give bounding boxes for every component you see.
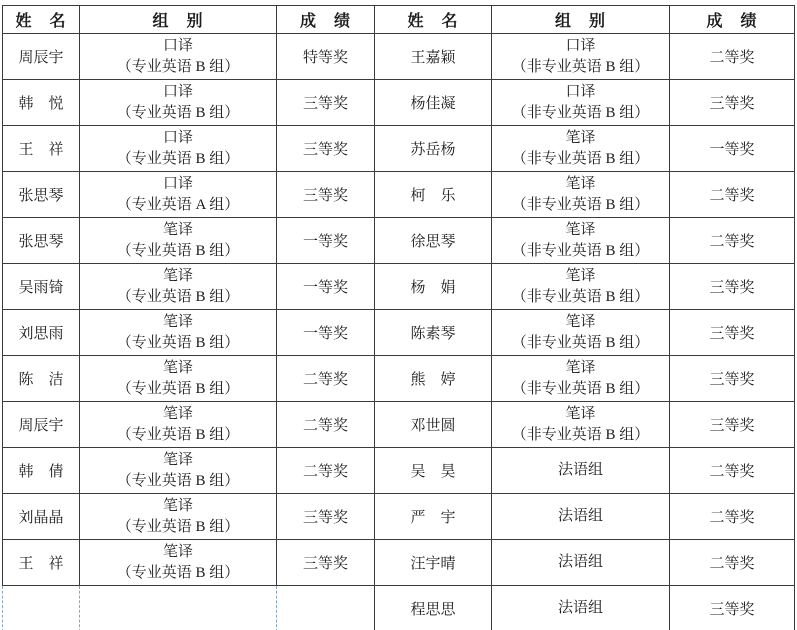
name-cell: 柯 乐 [375,172,492,218]
table-row: 周辰宇 口译（专业英语 B 组） 特等奖 王嘉颖 口译（非专业英语 B 组） 二… [3,34,795,80]
group-cell: 口译（专业英语 B 组） [80,34,277,80]
name-cell: 王 祥 [3,540,80,586]
empty-cell [80,586,277,630]
table-row: 吴雨锜 笔译（专业英语 B 组） 一等奖 杨 娟 笔译（非专业英语 B 组） 三… [3,264,795,310]
group-cell: 口译（专业英语 A 组） [80,172,277,218]
name-cell: 韩 倩 [3,448,80,494]
group-cell: 笔译（专业英语 B 组） [80,448,277,494]
group-line2: （非专业英语 B 组） [492,425,669,446]
award-cell: 二等奖 [670,540,795,586]
group-cell: 法语组 [492,448,670,494]
group-line1: 口译 [80,82,276,103]
group-line2: （专业英语 B 组） [80,471,276,492]
group-line1: 口译 [80,174,276,195]
table-row: 韩 悦 口译（专业英语 B 组） 三等奖 杨佳凝 口译（非专业英语 B 组） 三… [3,80,795,126]
award-cell: 二等奖 [670,448,795,494]
group-line1: 笔译 [492,312,669,333]
col-header-name-left: 姓 名 [3,6,80,34]
name-cell: 杨 娟 [375,264,492,310]
award-cell: 三等奖 [670,356,795,402]
table-row: 张思琴 口译（专业英语 A 组） 三等奖 柯 乐 笔译（非专业英语 B 组） 二… [3,172,795,218]
group-cell: 口译（非专业英语 B 组） [492,34,670,80]
group-line1: 口译 [80,128,276,149]
name-cell: 周辰宇 [3,34,80,80]
group-line2: （非专业英语 B 组） [492,241,669,262]
award-cell: 三等奖 [670,402,795,448]
group-line1: 法语组 [492,460,669,481]
group-cell: 法语组 [492,586,670,630]
group-cell: 笔译（专业英语 B 组） [80,310,277,356]
group-cell: 笔译（专业英语 B 组） [80,494,277,540]
col-header-group-right: 组 别 [492,6,670,34]
award-cell: 特等奖 [277,34,375,80]
group-line2: （专业英语 B 组） [80,379,276,400]
table-row: 刘晶晶 笔译（专业英语 B 组） 三等奖 严 宇 法语组 二等奖 [3,494,795,540]
name-cell: 程思思 [375,586,492,630]
table-row: 刘思雨 笔译（专业英语 B 组） 一等奖 陈素琴 笔译（非专业英语 B 组） 三… [3,310,795,356]
group-line1: 笔译 [80,542,276,563]
group-line2: （非专业英语 B 组） [492,103,669,124]
group-line2: （非专业英语 B 组） [492,287,669,308]
group-cell: 法语组 [492,540,670,586]
group-line1: 笔译 [80,266,276,287]
award-cell: 二等奖 [670,218,795,264]
empty-cell [277,586,375,630]
group-line2: （专业英语 B 组） [80,517,276,538]
group-line2: （非专业英语 B 组） [492,149,669,170]
group-line2: （非专业英语 B 组） [492,333,669,354]
group-cell: 口译（专业英语 B 组） [80,80,277,126]
group-line2: （专业英语 B 组） [80,333,276,354]
col-header-score-left: 成 绩 [277,6,375,34]
name-cell: 徐思琴 [375,218,492,264]
col-header-group-left: 组 别 [80,6,277,34]
name-cell: 刘晶晶 [3,494,80,540]
group-cell: 笔译（专业英语 B 组） [80,402,277,448]
group-line1: 笔译 [492,266,669,287]
name-cell: 刘思雨 [3,310,80,356]
group-cell: 笔译（非专业英语 B 组） [492,218,670,264]
group-cell: 笔译（非专业英语 B 组） [492,402,670,448]
group-cell: 笔译（非专业英语 B 组） [492,172,670,218]
group-line1: 口译 [80,36,276,57]
table-row: 王 祥 笔译（专业英语 B 组） 三等奖 汪宇晴 法语组 二等奖 [3,540,795,586]
award-cell: 三等奖 [277,540,375,586]
award-cell: 二等奖 [277,402,375,448]
group-line1: 笔译 [80,450,276,471]
award-cell: 三等奖 [277,126,375,172]
table-row: 陈 洁 笔译（专业英语 B 组） 二等奖 熊 婷 笔译（非专业英语 B 组） 三… [3,356,795,402]
table-row: 程思思 法语组 三等奖 [3,586,795,630]
group-cell: 笔译（非专业英语 B 组） [492,310,670,356]
award-cell: 二等奖 [670,494,795,540]
award-cell: 三等奖 [670,264,795,310]
group-line2: （专业英语 A 组） [80,195,276,216]
header-row: 姓 名 组 别 成 绩 姓 名 组 别 成 绩 [3,6,795,34]
name-cell: 吴 昊 [375,448,492,494]
table-row: 张思琴 笔译（专业英语 B 组） 一等奖 徐思琴 笔译（非专业英语 B 组） 二… [3,218,795,264]
group-line1: 笔译 [492,128,669,149]
group-line1: 笔译 [80,358,276,379]
name-cell: 邓世圆 [375,402,492,448]
name-cell: 周辰宇 [3,402,80,448]
group-line2: （专业英语 B 组） [80,287,276,308]
name-cell: 张思琴 [3,172,80,218]
award-cell: 三等奖 [670,80,795,126]
group-line1: 笔译 [80,312,276,333]
name-cell: 王嘉颖 [375,34,492,80]
name-cell: 杨佳凝 [375,80,492,126]
award-cell: 二等奖 [277,356,375,402]
name-cell: 张思琴 [3,218,80,264]
empty-cell [3,586,80,630]
name-cell: 陈素琴 [375,310,492,356]
award-cell: 三等奖 [670,586,795,630]
award-cell: 二等奖 [670,34,795,80]
col-header-score-right: 成 绩 [670,6,795,34]
group-cell: 笔译（非专业英语 B 组） [492,126,670,172]
name-cell: 韩 悦 [3,80,80,126]
group-line2: （非专业英语 B 组） [492,195,669,216]
group-cell: 口译（非专业英语 B 组） [492,80,670,126]
award-cell: 一等奖 [277,310,375,356]
table-row: 周辰宇 笔译（专业英语 B 组） 二等奖 邓世圆 笔译（非专业英语 B 组） 三… [3,402,795,448]
group-line1: 笔译 [492,358,669,379]
group-cell: 笔译（非专业英语 B 组） [492,356,670,402]
name-cell: 汪宇晴 [375,540,492,586]
name-cell: 严 宇 [375,494,492,540]
award-cell: 三等奖 [277,80,375,126]
name-cell: 熊 婷 [375,356,492,402]
group-line1: 笔译 [492,404,669,425]
group-cell: 笔译（专业英语 B 组） [80,218,277,264]
name-cell: 王 祥 [3,126,80,172]
group-line2: （专业英语 B 组） [80,149,276,170]
group-cell: 笔译（专业英语 B 组） [80,540,277,586]
group-line2: （非专业英语 B 组） [492,379,669,400]
award-cell: 一等奖 [670,126,795,172]
award-cell: 一等奖 [277,264,375,310]
name-cell: 陈 洁 [3,356,80,402]
name-cell: 吴雨锜 [3,264,80,310]
group-line2: （专业英语 B 组） [80,425,276,446]
group-line1: 法语组 [492,506,669,527]
group-cell: 笔译（专业英语 B 组） [80,264,277,310]
group-line1: 口译 [492,36,669,57]
group-cell: 法语组 [492,494,670,540]
name-cell: 苏岳杨 [375,126,492,172]
award-cell: 一等奖 [277,218,375,264]
group-line2: （非专业英语 B 组） [492,57,669,78]
group-line1: 笔译 [492,174,669,195]
table-row: 韩 倩 笔译（专业英语 B 组） 二等奖 吴 昊 法语组 二等奖 [3,448,795,494]
group-line1: 笔译 [80,220,276,241]
award-cell: 三等奖 [277,172,375,218]
group-line1: 笔译 [80,404,276,425]
award-cell: 二等奖 [277,448,375,494]
group-cell: 口译（专业英语 B 组） [80,126,277,172]
group-line1: 笔译 [492,220,669,241]
group-cell: 笔译（专业英语 B 组） [80,356,277,402]
group-line2: （专业英语 B 组） [80,241,276,262]
group-line1: 法语组 [492,552,669,573]
group-line2: （专业英语 B 组） [80,57,276,78]
group-line1: 法语组 [492,598,669,619]
awards-table: 姓 名 组 别 成 绩 姓 名 组 别 成 绩 周辰宇 口译（专业英语 B 组）… [2,5,795,630]
award-cell: 二等奖 [670,172,795,218]
award-cell: 三等奖 [670,310,795,356]
group-cell: 笔译（非专业英语 B 组） [492,264,670,310]
group-line1: 笔译 [80,496,276,517]
group-line1: 口译 [492,82,669,103]
award-cell: 三等奖 [277,494,375,540]
col-header-name-right: 姓 名 [375,6,492,34]
group-line2: （专业英语 B 组） [80,563,276,584]
table-row: 王 祥 口译（专业英语 B 组） 三等奖 苏岳杨 笔译（非专业英语 B 组） 一… [3,126,795,172]
group-line2: （专业英语 B 组） [80,103,276,124]
